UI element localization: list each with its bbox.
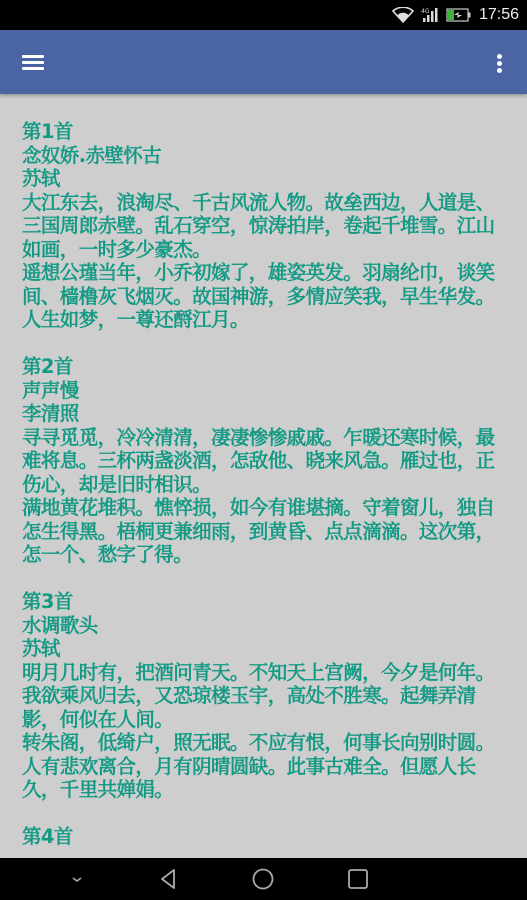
poem-number: 第3首 <box>22 590 512 614</box>
poem-item: 第4首 <box>22 825 512 849</box>
poem-item: 第2首 声声慢 李清照 寻寻觅觅，冷冷清清，凄凄惨惨戚戚。乍暖还寒时候，最 难将… <box>22 355 512 567</box>
poem-line: 三国周郎赤壁。乱石穿空，惊涛拍岸，卷起千堆雪。江山 <box>22 214 512 238</box>
app-toolbar <box>0 30 527 94</box>
hide-nav-icon[interactable] <box>64 866 90 892</box>
poem-line: 怎一个、愁字了得。 <box>22 543 512 567</box>
poem-line: 如画，一时多少豪杰。 <box>22 238 512 262</box>
svg-text:4G: 4G <box>421 8 430 15</box>
signal-icon: 4G <box>421 7 439 23</box>
poem-line: 满地黄花堆积。憔悴损，如今有谁堪摘。守着窗儿，独自 <box>22 496 512 520</box>
status-time: 17:56 <box>479 6 519 24</box>
poem-line: 伤心，却是旧时相识。 <box>22 473 512 497</box>
battery-charging-icon <box>446 8 472 22</box>
poem-number: 第1首 <box>22 120 512 144</box>
hamburger-menu-icon[interactable] <box>18 48 48 78</box>
poem-title: 声声慢 <box>22 379 512 403</box>
poem-line: 影，何似在人间。 <box>22 708 512 732</box>
status-bar: 4G 17:56 <box>0 0 527 30</box>
back-icon[interactable] <box>156 866 182 892</box>
status-icons: 4G 17:56 <box>392 0 519 30</box>
poem-line: 怎生得黑。梧桐更兼细雨，到黄昏、点点滴滴。这次第， <box>22 520 512 544</box>
poem-number: 第4首 <box>22 825 512 849</box>
poem-list[interactable]: 第1首 念奴娇.赤壁怀古 苏轼 大江东去，浪淘尽、千古风流人物。故垒西边，人道是… <box>0 94 527 858</box>
poem-title: 念奴娇.赤壁怀古 <box>22 144 512 168</box>
poem-author: 苏轼 <box>22 167 512 191</box>
poem-line: 明月几时有，把酒问青天。不知天上宫阙，今夕是何年。 <box>22 661 512 685</box>
poem-line: 难将息。三杯两盏淡酒，怎敌他、晓来风急。雁过也，正 <box>22 449 512 473</box>
home-icon[interactable] <box>250 866 276 892</box>
poem-title: 水调歌头 <box>22 614 512 638</box>
poem-line: 人生如梦，一尊还酹江月。 <box>22 308 512 332</box>
recents-icon[interactable] <box>345 866 371 892</box>
poem-item: 第3首 水调歌头 苏轼 明月几时有，把酒问青天。不知天上宫阙，今夕是何年。 我欲… <box>22 590 512 802</box>
more-vert-icon[interactable] <box>489 48 509 78</box>
poem-line: 间、樯橹灰飞烟灭。故国神游，多情应笑我，早生华发。 <box>22 285 512 309</box>
poem-item: 第1首 念奴娇.赤壁怀古 苏轼 大江东去，浪淘尽、千古风流人物。故垒西边，人道是… <box>22 120 512 332</box>
poem-line: 寻寻觅觅，冷冷清清，凄凄惨惨戚戚。乍暖还寒时候，最 <box>22 426 512 450</box>
poem-line: 大江东去，浪淘尽、千古风流人物。故垒西边，人道是、 <box>22 191 512 215</box>
navigation-bar <box>0 858 527 900</box>
wifi-icon <box>392 7 414 23</box>
poem-author: 苏轼 <box>22 637 512 661</box>
poem-line: 我欲乘风归去，又恐琼楼玉宇，高处不胜寒。起舞弄清 <box>22 684 512 708</box>
poem-line: 久，千里共婵娟。 <box>22 778 512 802</box>
poem-line: 转朱阁，低绮户，照无眠。不应有恨，何事长向别时圆。 <box>22 731 512 755</box>
poem-number: 第2首 <box>22 355 512 379</box>
poem-line: 人有悲欢离合，月有阴晴圆缺。此事古难全。但愿人长 <box>22 755 512 779</box>
poem-line: 遥想公瑾当年，小乔初嫁了，雄姿英发。羽扇纶巾，谈笑 <box>22 261 512 285</box>
poem-author: 李清照 <box>22 402 512 426</box>
